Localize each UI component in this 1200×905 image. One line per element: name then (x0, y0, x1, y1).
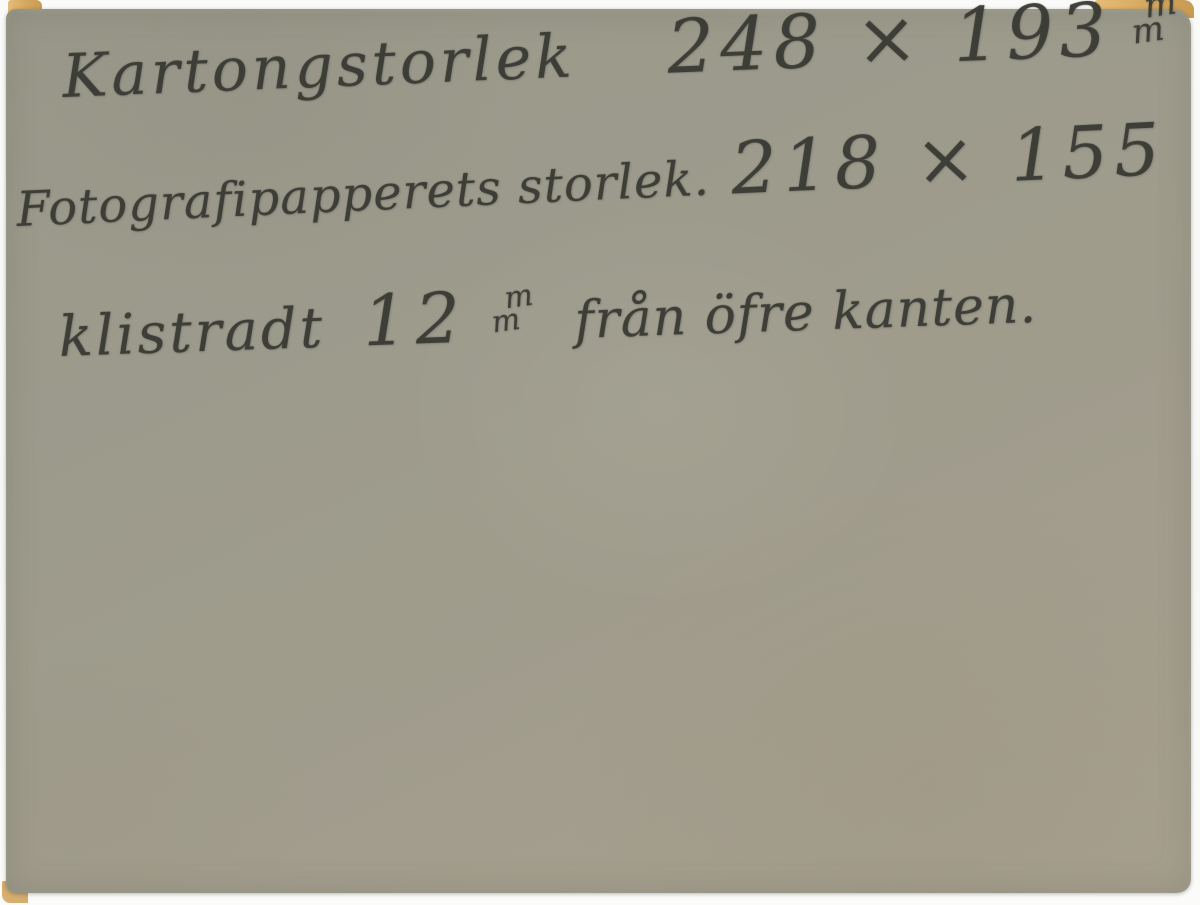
millimeter-unit-bottom: m (1130, 16, 1165, 45)
millimeter-unit-bottom: m (490, 309, 521, 334)
note-line-photo-paper-size: Fotografipapperets storlek. 218 × 155 (14, 107, 1167, 243)
mounting-value: 12 (361, 277, 469, 363)
mounting-prefix: klistradt (58, 296, 327, 370)
note-card: Kartongstorlek 248 × 193 m m Fotografipa… (6, 9, 1191, 893)
photo-paper-size-label: Fotografipapperets storlek. (15, 151, 711, 238)
note-line-cardboard-size: Kartongstorlek 248 × 193 m m (61, 0, 1167, 115)
cardboard-size-label: Kartongstorlek (61, 21, 577, 112)
cardboard-size-dimensions: 248 × 193 (665, 0, 1114, 91)
photo-background: Kartongstorlek 248 × 193 m m Fotografipa… (0, 0, 1200, 905)
mounting-suffix: från öfre kanten. (573, 275, 1037, 351)
note-line-mounting: klistradt 12 m m från öfre kanten. (57, 257, 1038, 373)
millimeter-unit: m m (1129, 0, 1168, 45)
photo-paper-size-dimensions: 218 × 155 (729, 107, 1167, 211)
millimeter-unit: m m (489, 287, 523, 334)
